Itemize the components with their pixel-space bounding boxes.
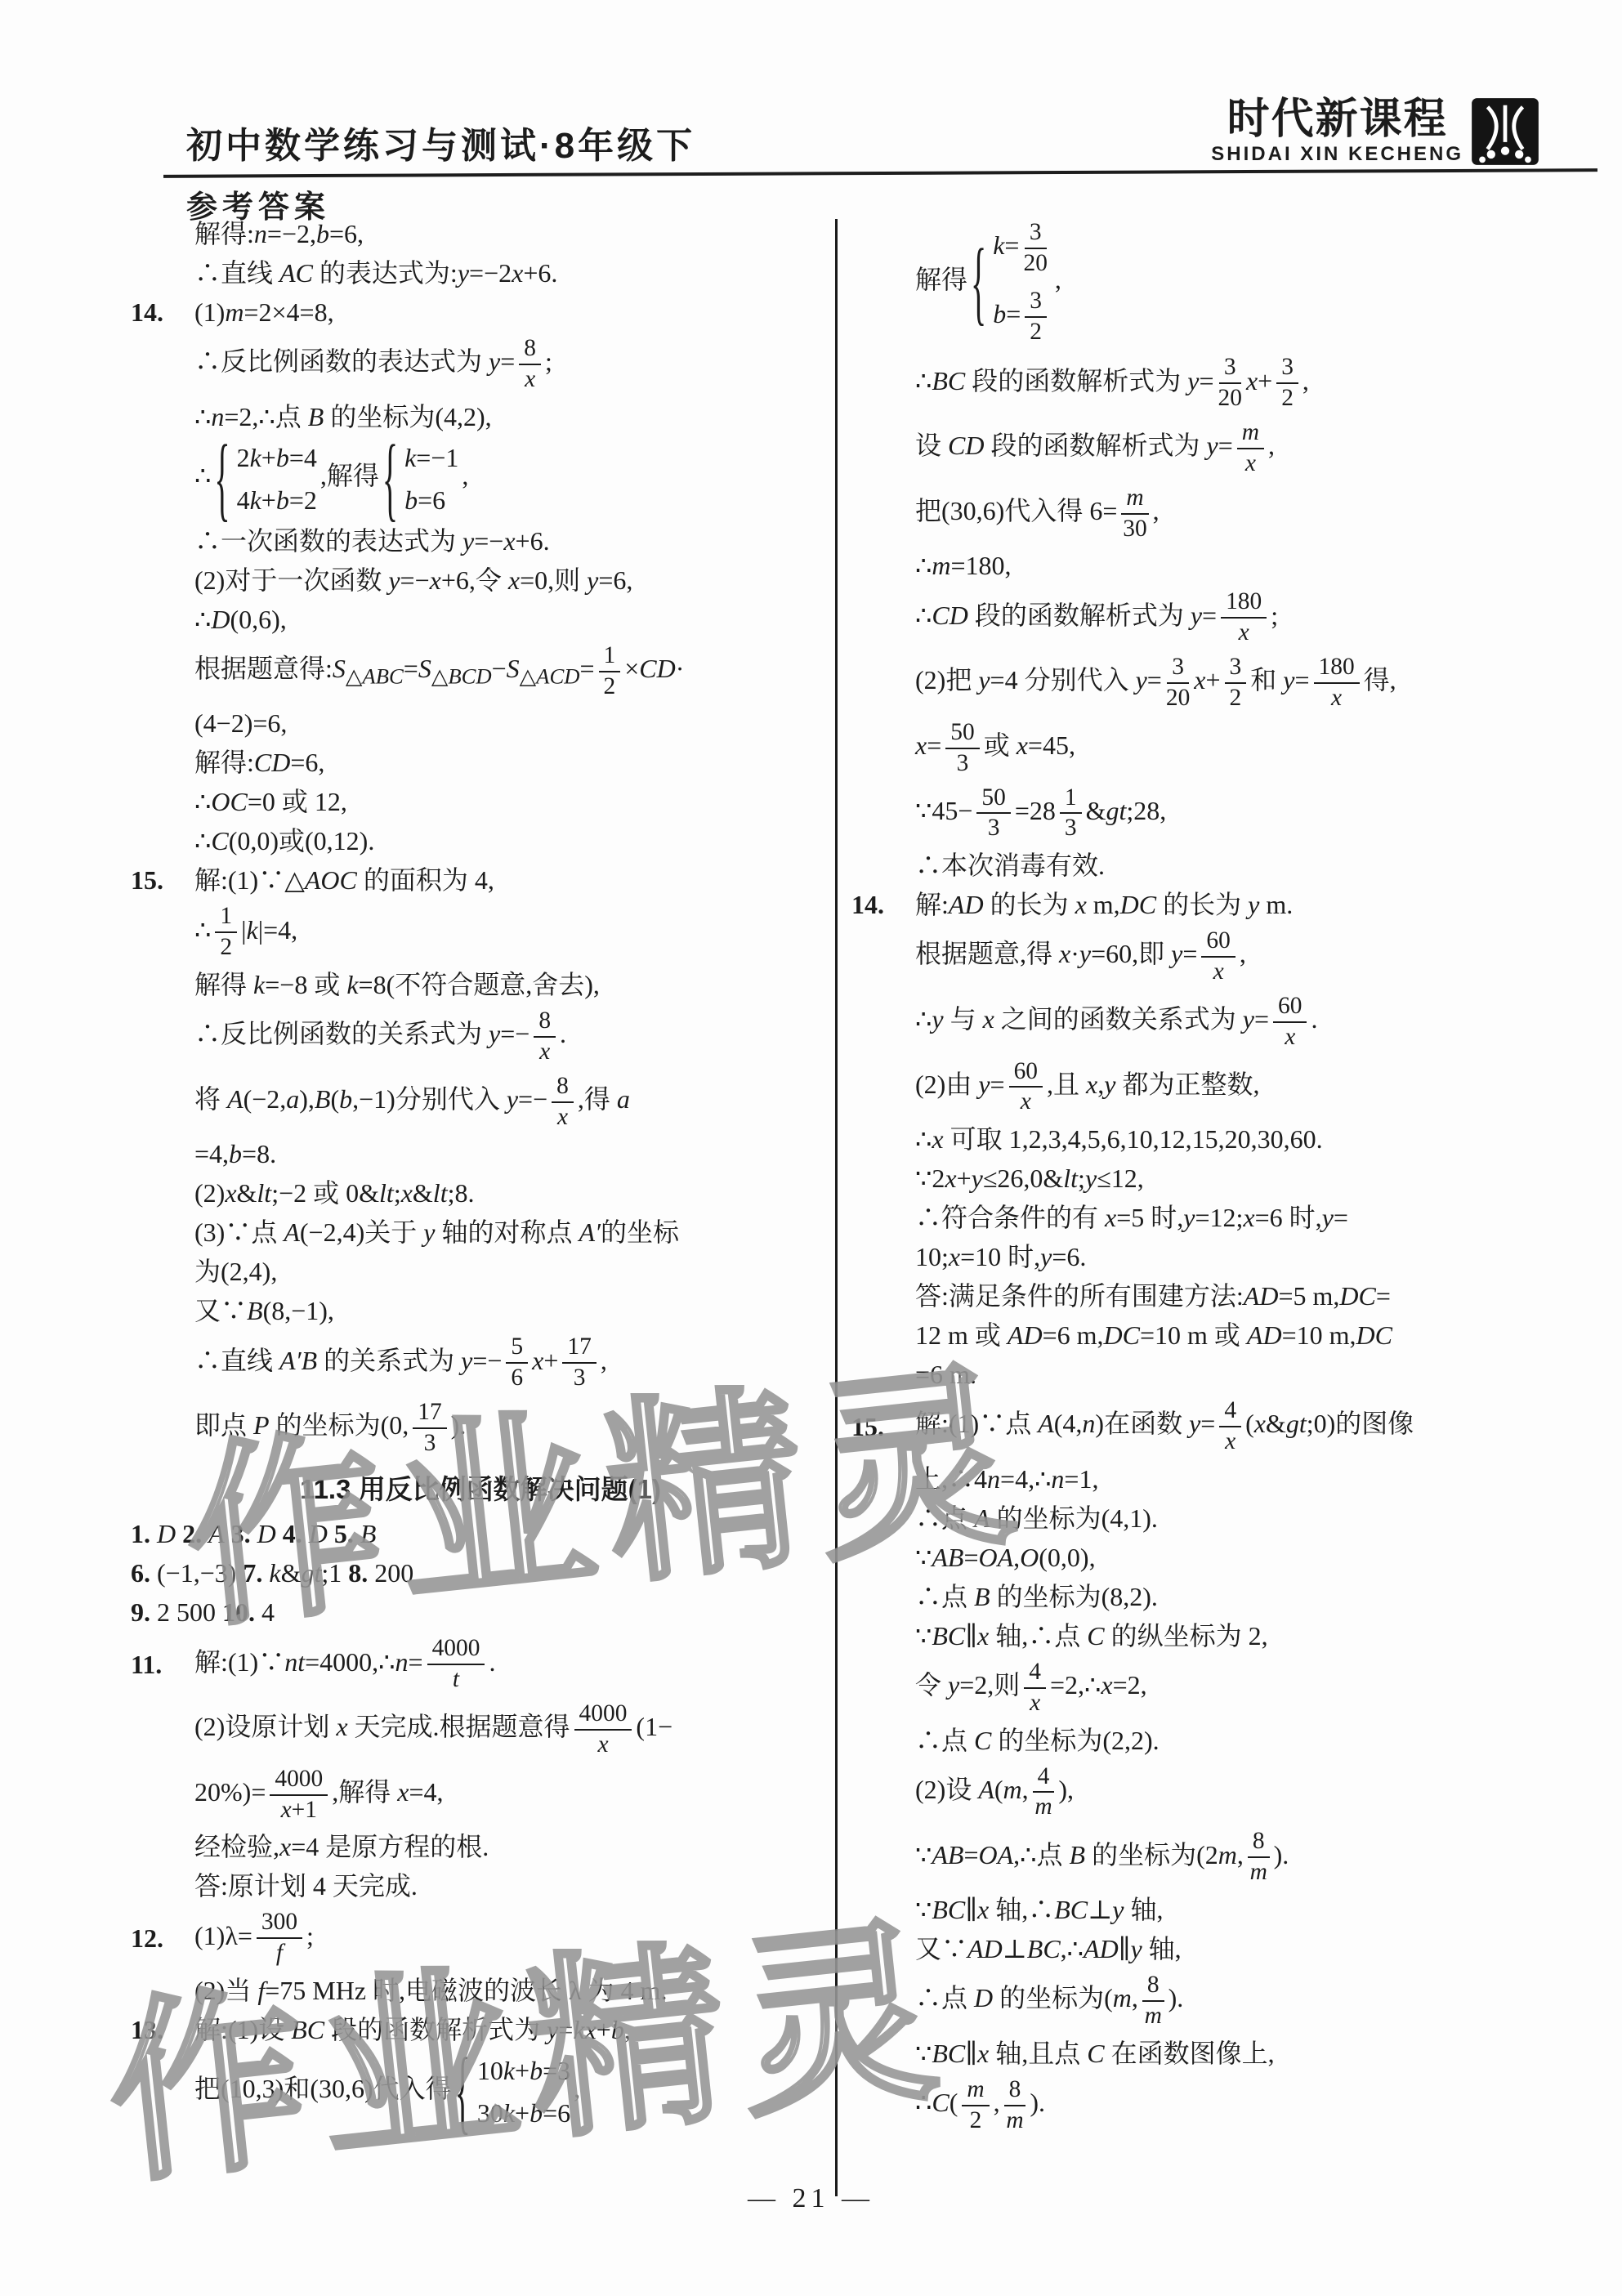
line-text: 解得{k=320b=32, [915, 265, 1061, 294]
answer-line: ∴直线 A′B 的关系式为 y=−56x+173, [131, 1330, 830, 1396]
line-text: ∴反比例函数的表达式为 y=8x; [194, 346, 552, 376]
line-text: (1)m=2×4=8, [194, 297, 334, 327]
line-text: 根据题意得:S△ABC=S△BCD−S△ACD=12×CD· [194, 654, 684, 683]
answer-line: =6 m. [851, 1355, 1567, 1394]
answer-line: ∴直线 AC 的表达式为:y=−2x+6. [131, 253, 830, 293]
answer-line: 14.解:AD 的长为 x m,DC 的长为 y m. [851, 885, 1567, 924]
answer-line: 根据题意,得 x·y=60,即 y=60x, [851, 924, 1567, 989]
answer-line: ∴D(0,6), [131, 600, 830, 639]
line-text: ∴一次函数的表达式为 y=−x+6. [194, 526, 550, 556]
line-text: (2)当 f=75 MHz 时,电磁波的波长 λ 为 4 m. [194, 1976, 667, 2005]
answer-page: 初中数学练习与测试·8年级下 参考答案 时代新课程 SHIDAI XIN KEC… [0, 0, 1622, 2296]
answer-line: ∴BC 段的函数解析式为 y=320x+32, [851, 351, 1567, 416]
item-number: 15. [131, 860, 163, 900]
line-text: ∴点 C 的坐标为(2,2). [915, 1726, 1160, 1755]
answer-line: ∵BC∥x 轴,∴BC⊥y 轴, [851, 1890, 1567, 1929]
answer-line: 解得 k=−8 或 k=8(不符合题意,舍去), [131, 965, 830, 1004]
answer-line: ∵BC∥x 轴,且点 C 在函数图像上, [851, 2034, 1567, 2073]
brand-block: 时代新课程 SHIDAI XIN KECHENG [1211, 96, 1540, 167]
line-text: x=503或 x=45, [915, 730, 1075, 760]
line-text: 解:(1)∵△AOC 的面积为 4, [194, 865, 494, 895]
answer-line: 12.(1)λ=300f; [131, 1905, 830, 1971]
line-text: ∴直线 AC 的表达式为:y=−2x+6. [194, 258, 557, 288]
answer-line: 答:满足条件的所有围建方法:AD=5 m,DC= [851, 1276, 1567, 1316]
line-text: (2)由 y=60x,且 x,y 都为正整数, [915, 1070, 1259, 1099]
answer-line: (4−2)=6, [131, 704, 830, 743]
answer-line: ∴一次函数的表达式为 y=−x+6. [131, 521, 830, 561]
answer-line: ∵45−503=2813&gt;28, [851, 781, 1567, 846]
line-text: =4,b=8. [194, 1139, 276, 1168]
answer-line: 14.(1)m=2×4=8, [131, 293, 830, 332]
item-number: 15. [851, 1407, 884, 1446]
answer-line: (2)把 y=4 分别代入 y=320x+32和 y=180x得, [851, 650, 1567, 716]
line-text: ∴点 D 的坐标为(m,8m). [915, 1983, 1183, 2012]
line-text: ∴符合条件的有 x=5 时,y=12;x=6 时,y= [915, 1203, 1348, 1232]
answer-line: ∵AB=OA,∴点 B 的坐标为(2m,8m). [851, 1825, 1567, 1890]
answer-line: 12 m 或 AD=6 m,DC=10 m 或 AD=10 m,DC [851, 1316, 1567, 1355]
line-text: ∴m=180, [915, 551, 1012, 580]
line-text: 又∵B(8,−1), [194, 1296, 334, 1325]
line-text: 解得 k=−8 或 k=8(不符合题意,舍去), [194, 970, 600, 999]
answer-line: 把(30,6)代入得 6=m30, [851, 481, 1567, 547]
answer-line: 13.解:(1)设 BC 段的函数解析式为 y=kx+b, [131, 2010, 830, 2049]
line-text: 9. 2 500 10. 4 [131, 1597, 275, 1627]
line-text: (2)x&lt;−2 或 0&lt;x&lt;8. [194, 1178, 474, 1208]
answer-line: ∴y 与 x 之间的函数关系式为 y=60x. [851, 989, 1567, 1055]
page-number: — 21 — [0, 2183, 1622, 2214]
answer-line: 经检验,x=4 是原方程的根. [131, 1827, 830, 1866]
line-text: =6 m. [915, 1360, 976, 1389]
line-text: ∴本次消毒有效. [915, 851, 1105, 880]
item-number: 14. [131, 293, 163, 332]
line-text: (2)把 y=4 分别代入 y=320x+32和 y=180x得, [915, 665, 1396, 695]
line-text: ∵BC∥x 轴,∴点 C 的纵坐标为 2, [915, 1621, 1268, 1651]
line-text: ∴D(0,6), [194, 605, 287, 634]
answer-line: 为(2,4), [131, 1252, 830, 1291]
line-text: ∴BC 段的函数解析式为 y=320x+32, [915, 366, 1309, 395]
answer-line: ∴本次消毒有效. [851, 846, 1567, 885]
line-text: 将 A(−2,a),B(b,−1)分别代入 y=−8x,得 a [194, 1084, 630, 1114]
answer-line: (2)设 A(m,4m), [851, 1760, 1567, 1825]
answer-line: ∴点 A 的坐标为(4,1). [851, 1499, 1567, 1538]
answer-line: =4,b=8. [131, 1134, 830, 1173]
line-text: 11.3 用反比例函数解决问题(1) [300, 1474, 661, 1504]
answer-line: 设 CD 段的函数解析式为 y=mx, [851, 416, 1567, 481]
section-heading: 11.3 用反比例函数解决问题(1) [131, 1469, 830, 1510]
line-text: ∴x 可取 1,2,3,4,5,6,10,12,15,20,30,60. [915, 1124, 1323, 1154]
line-text: ∴{2k+b=44k+b=2,解得{k=−1b=6, [194, 461, 468, 490]
line-text: 把(30,6)代入得 6=m30, [915, 496, 1160, 525]
line-text: ∴OC=0 或 12, [194, 787, 347, 816]
answer-line: ∵BC∥x 轴,∴点 C 的纵坐标为 2, [851, 1616, 1567, 1655]
answer-line: 即点 P 的坐标为(0,173). [131, 1396, 830, 1461]
line-text: 根据题意,得 x·y=60,即 y=60x, [915, 939, 1246, 968]
line-text: (3)∵点 A(−2,4)关于 y 轴的对称点 A′的坐标 [194, 1217, 679, 1247]
line-text: 上,∴4n=4,∴n=1, [915, 1464, 1098, 1494]
line-text: ∵2x+y≤26,0&lt;y≤12, [915, 1164, 1144, 1193]
line-text: ∴反比例函数的关系式为 y=−8x. [194, 1019, 566, 1048]
answer-line: 解得{k=320b=32, [851, 214, 1567, 351]
answer-line: 11.解:(1)∵nt=4000,∴n=4000t. [131, 1632, 830, 1697]
line-text: ∵AB=OA,O(0,0), [915, 1543, 1096, 1572]
answer-line: 上,∴4n=4,∴n=1, [851, 1459, 1567, 1499]
answer-line: ∴C(m2,8m). [851, 2073, 1567, 2138]
line-text: ∴n=2,∴点 B 的坐标为(4,2), [194, 402, 492, 431]
line-text: 为(2,4), [194, 1257, 277, 1286]
line-text: 经检验,x=4 是原方程的根. [194, 1832, 489, 1861]
line-text: 解:(1)设 BC 段的函数解析式为 y=kx+b, [194, 2015, 631, 2044]
line-text: 解:(1)∵nt=4000,∴n=4000t. [194, 1647, 495, 1677]
answer-line: 又∵AD⊥BC,∴AD∥y 轴, [851, 1929, 1567, 1968]
answer-line: (3)∵点 A(−2,4)关于 y 轴的对称点 A′的坐标 [131, 1213, 830, 1252]
answer-line: 将 A(−2,a),B(b,−1)分别代入 y=−8x,得 a [131, 1070, 830, 1135]
item-number: 12. [131, 1919, 163, 1958]
line-text: 10;x=10 时,y=6. [915, 1242, 1086, 1271]
answer-line: (2)当 f=75 MHz 时,电磁波的波长 λ 为 4 m. [131, 1971, 830, 2010]
answer-line: ∴点 D 的坐标为(m,8m). [851, 1968, 1567, 2034]
answer-line: 解得:CD=6, [131, 743, 830, 782]
line-text: 解得:n=−2,b=6, [194, 219, 364, 248]
line-text: 解得:CD=6, [194, 748, 324, 777]
answer-line: 15.解:(1)∵△AOC 的面积为 4, [131, 860, 830, 900]
answer-line: ∴点 B 的坐标为(8,2). [851, 1577, 1567, 1616]
brand-text: 时代新课程 SHIDAI XIN KECHENG [1211, 96, 1463, 166]
answer-line: 15.解:(1)∵点 A(4,n)在函数 y=4x(x&gt;0)的图像 [851, 1394, 1567, 1459]
column-divider [835, 219, 838, 2196]
line-text: ∴CD 段的函数解析式为 y=180x; [915, 601, 1278, 630]
answer-line: ∴点 C 的坐标为(2,2). [851, 1721, 1567, 1760]
answer-line: ∴OC=0 或 12, [131, 782, 830, 821]
line-text: 解:AD 的长为 x m,DC 的长为 y m. [915, 890, 1293, 919]
line-text: 又∵AD⊥BC,∴AD∥y 轴, [915, 1934, 1182, 1963]
line-text: 即点 P 的坐标为(0,173). [194, 1410, 466, 1440]
answer-line: ∵AB=OA,O(0,0), [851, 1538, 1567, 1577]
line-text: ∵BC∥x 轴,且点 C 在函数图像上, [915, 2039, 1275, 2068]
line-text: ∴点 B 的坐标为(8,2). [915, 1582, 1158, 1611]
line-text: ∴C(0,0)或(0,12). [194, 826, 374, 855]
answer-line: ∵2x+y≤26,0&lt;y≤12, [851, 1159, 1567, 1198]
answer-line: 9. 2 500 10. 4 [131, 1592, 830, 1632]
header-rule [163, 168, 1597, 178]
line-text: (4−2)=6, [194, 708, 287, 738]
line-text: 答:原计划 4 天完成. [194, 1871, 418, 1901]
answer-line: ∴符合条件的有 x=5 时,y=12;x=6 时,y= [851, 1198, 1567, 1237]
line-text: 6. (−1,−3) 7. k&gt;1 8. 200 [131, 1558, 413, 1588]
answer-line: 把(10,3)和(30,6)代入得{10k+b=330k+b=6, [131, 2049, 830, 2134]
brand-logo-icon [1470, 96, 1540, 167]
line-text: 答:满足条件的所有围建方法:AD=5 m,DC= [915, 1281, 1391, 1311]
answer-line: (2)对于一次函数 y=−x+6,令 x=0,则 y=6, [131, 561, 830, 600]
answer-line: (2)由 y=60x,且 x,y 都为正整数, [851, 1055, 1567, 1120]
brand-latin-name: SHIDAI XIN KECHENG [1211, 143, 1463, 166]
item-number: 14. [851, 885, 884, 924]
answer-line: x=503或 x=45, [851, 716, 1567, 781]
line-text: (2)对于一次函数 y=−x+6,令 x=0,则 y=6, [194, 565, 632, 595]
answer-line: ∴m=180, [851, 546, 1567, 585]
line-text: ∴12|k|=4, [194, 915, 297, 945]
item-number: 11. [131, 1645, 162, 1684]
answer-line: ∴C(0,0)或(0,12). [131, 821, 830, 860]
answer-line: ∴反比例函数的表达式为 y=8x; [131, 332, 830, 397]
answer-line: 6. (−1,−3) 7. k&gt;1 8. 200 [131, 1553, 830, 1592]
answer-line: ∴CD 段的函数解析式为 y=180x; [851, 585, 1567, 650]
page-title: 初中数学练习与测试·8年级下 [186, 116, 695, 168]
answer-line: ∴x 可取 1,2,3,4,5,6,10,12,15,20,30,60. [851, 1119, 1567, 1159]
answer-line: 答:原计划 4 天完成. [131, 1866, 830, 1905]
brand-name: 时代新课程 [1211, 96, 1463, 143]
line-text: 解:(1)∵点 A(4,n)在函数 y=4x(x&gt;0)的图像 [915, 1409, 1414, 1438]
answer-line: 又∵B(8,−1), [131, 1291, 830, 1330]
line-text: 把(10,3)和(30,6)代入得{10k+b=330k+b=6, [194, 2074, 580, 2103]
answer-line: ∴n=2,∴点 B 的坐标为(4,2), [131, 397, 830, 436]
line-text: 设 CD 段的函数解析式为 y=mx, [915, 431, 1275, 460]
line-text: ∴点 A 的坐标为(4,1). [915, 1503, 1158, 1533]
answer-line: ∴{2k+b=44k+b=2,解得{k=−1b=6, [131, 436, 830, 521]
answer-line: 20%)=4000x+1,解得 x=4, [131, 1762, 830, 1828]
line-text: ∵45−503=2813&gt;28, [915, 796, 1166, 825]
answer-line: 解得:n=−2,b=6, [131, 214, 830, 253]
line-text: ∵BC∥x 轴,∴BC⊥y 轴, [915, 1895, 1163, 1924]
answer-line: 10;x=10 时,y=6. [851, 1237, 1567, 1276]
line-text: ∴C(m2,8m). [915, 2088, 1045, 2117]
line-text: 令 y=2,则4x=2,∴x=2, [915, 1670, 1147, 1700]
line-text: 20%)=4000x+1,解得 x=4, [194, 1777, 444, 1807]
answer-line: 根据题意得:S△ABC=S△BCD−S△ACD=12×CD· [131, 639, 830, 704]
line-text: (1)λ=300f; [194, 1921, 314, 1950]
answer-line: (2)x&lt;−2 或 0&lt;x&lt;8. [131, 1173, 830, 1213]
line-text: 1. D 2. A 3. D 4. D 5. B [131, 1519, 376, 1548]
answer-line: 令 y=2,则4x=2,∴x=2, [851, 1655, 1567, 1721]
line-text: (2)设 A(m,4m), [915, 1775, 1074, 1804]
right-column: 解得{k=320b=32,∴BC 段的函数解析式为 y=320x+32,设 CD… [851, 214, 1567, 2137]
line-text: ∵AB=OA,∴点 B 的坐标为(2m,8m). [915, 1840, 1289, 1869]
item-number: 13. [131, 2010, 163, 2049]
answer-line: (2)设原计划 x 天完成.根据题意得4000x(1− [131, 1697, 830, 1762]
line-text: ∴直线 A′B 的关系式为 y=−56x+173, [194, 1346, 607, 1375]
line-text: (2)设原计划 x 天完成.根据题意得4000x(1− [194, 1712, 672, 1741]
answer-line: ∴反比例函数的关系式为 y=−8x. [131, 1004, 830, 1070]
line-text: ∴y 与 x 之间的函数关系式为 y=60x. [915, 1004, 1317, 1034]
answer-line: ∴12|k|=4, [131, 900, 830, 965]
line-text: 12 m 或 AD=6 m,DC=10 m 或 AD=10 m,DC [915, 1320, 1392, 1350]
left-column: 解得:n=−2,b=6,∴直线 AC 的表达式为:y=−2x+6.14.(1)m… [131, 214, 830, 2134]
answer-line: 1. D 2. A 3. D 4. D 5. B [131, 1514, 830, 1553]
